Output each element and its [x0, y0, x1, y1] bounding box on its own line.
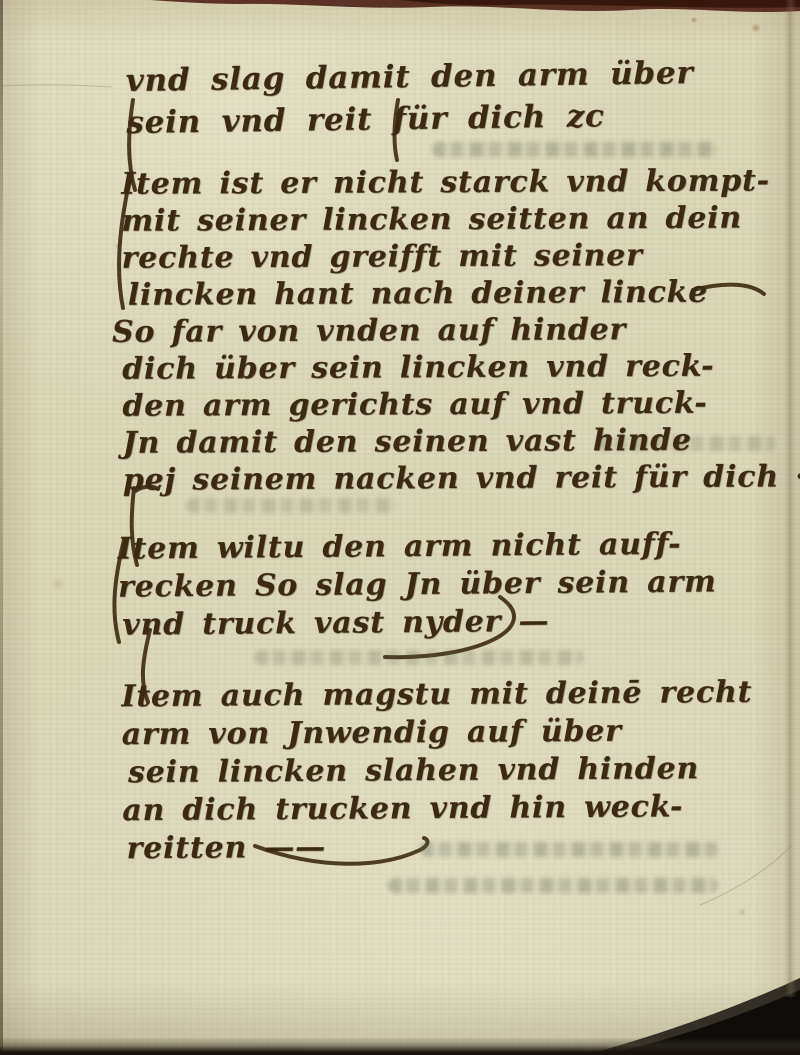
manuscript-line: So far von vnden auf hinder [112, 310, 800, 351]
ink-bleedthrough [432, 142, 718, 157]
manuscript-line: Item auch magstu mit deinē recht [121, 674, 752, 716]
manuscript-paragraph-4: Item auch magstu mit deinē recht arm von… [121, 674, 753, 868]
ink-bleedthrough [186, 498, 396, 513]
manuscript-line: arm von Jnwendig auf über [122, 712, 753, 754]
manuscript-line: mit seiner lincken seitten an dein [121, 199, 800, 240]
manuscript-line: sein vnd reit für dich zc [126, 94, 694, 144]
page-left-edge [0, 0, 3, 1055]
manuscript-line: sein lincken slahen vnd hinden [128, 750, 753, 792]
manuscript-line: Item ist er nicht starck vnd kompt- [121, 162, 800, 203]
manuscript-scan: vnd slag damit den arm über sein vnd rei… [0, 0, 800, 1055]
manuscript-line: vnd slag damit den arm über [125, 52, 693, 102]
manuscript-paragraph-1: vnd slag damit den arm über sein vnd rei… [125, 52, 694, 144]
manuscript-line: pej seinem nacken vnd reit für dich · [123, 458, 800, 499]
page-right-edge [785, 0, 797, 997]
ink-bleedthrough [254, 650, 584, 665]
manuscript-line: rechte vnd greifft mit seiner [122, 236, 800, 277]
page-bottom-edge [0, 1037, 800, 1055]
manuscript-line: Jn damit den seinen vast hinde [122, 421, 800, 462]
manuscript-line: dich über sein lincken vnd reck- [122, 347, 800, 388]
manuscript-line: recken So slag Jn über sein arm [118, 563, 717, 606]
ink-bleedthrough [388, 878, 718, 893]
manuscript-paragraph-2: Item ist er nicht starck vnd kompt- mit … [121, 162, 800, 499]
manuscript-line: vnd truck vast nyder — [122, 601, 717, 644]
manuscript-line: den arm gerichts auf vnd truck- [122, 384, 800, 425]
manuscript-line: an dich trucken vnd hin weck- [122, 788, 753, 830]
manuscript-line: lincken hant nach deiner lincke [128, 273, 800, 314]
manuscript-line: reitten —— [126, 826, 753, 868]
manuscript-line: Item wiltu den arm nicht auff- [118, 525, 717, 568]
manuscript-paragraph-3: Item wiltu den arm nicht auff- recken So… [118, 525, 718, 644]
